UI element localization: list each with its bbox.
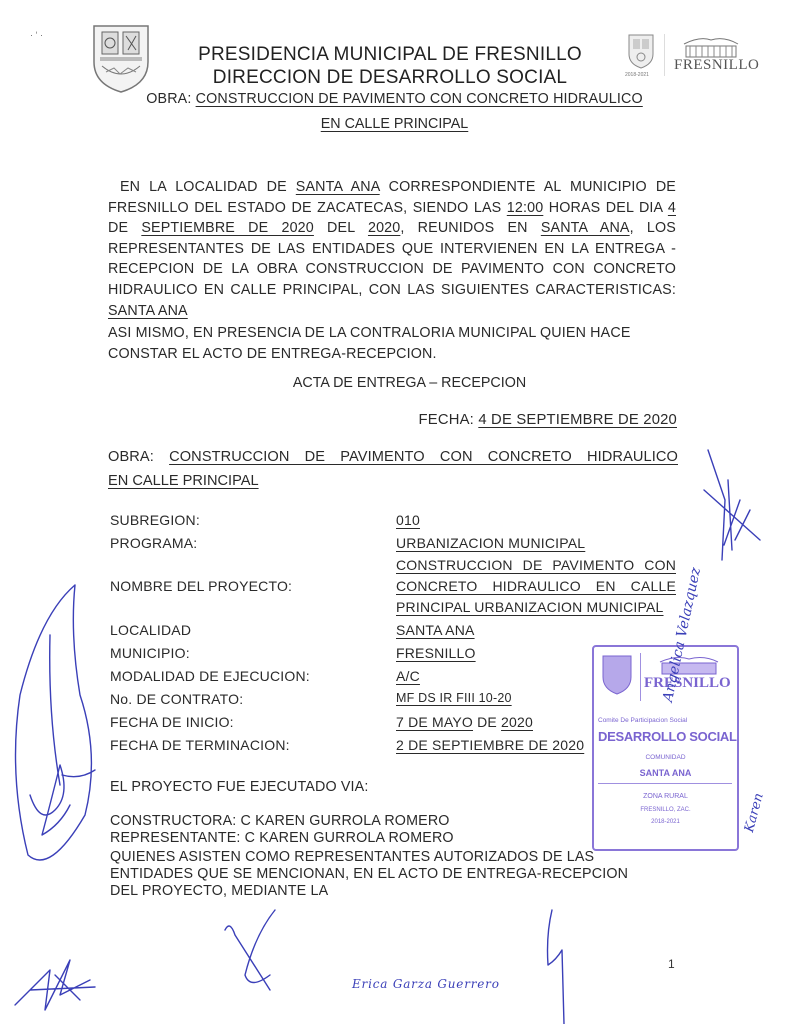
intro-paragraph: EN LA LOCALIDAD DE SANTA ANA CORRESPONDI… [108, 177, 676, 321]
field-nombre-value-line2: CONCRETO HIDRAULICO EN CALLE [396, 578, 676, 594]
acta-obra-value-line1: CONSTRUCCION DE PAVIMENTO CON CONCRETO H… [169, 449, 678, 465]
logo-divider [664, 34, 665, 76]
contraloria-paragraph: ASI MISMO, EN PRESENCIA DE LA CONTRALORI… [108, 323, 680, 364]
field-localidad-label: LOCALIDAD [110, 622, 191, 638]
signature-left-margin [0, 575, 110, 875]
stamp-divider-v [640, 653, 641, 701]
field-modalidad-value: A/C [396, 668, 420, 684]
stamp-divider-h [598, 783, 732, 784]
field-terminacion-value: 2 DE SEPTIEMBRE DE 2020 [396, 737, 584, 753]
stamp-line5: ZONA RURAL [594, 793, 737, 800]
ejecucion-representante: REPRESENTANTE: C KAREN GURROLA ROMERO [110, 830, 454, 846]
field-nombre-label: NOMBRE DEL PROYECTO: [110, 578, 292, 594]
field-subregion-label: SUBREGION: [110, 512, 200, 528]
signature-bottom-name: Erica Garza Guerrero [352, 977, 500, 991]
page-number: 1 [668, 957, 675, 971]
field-contrato-value: MF DS IR FIII 10-20 [396, 691, 512, 705]
fresnillo-logo-text: FRESNILLO [674, 57, 759, 74]
signature-right-margin [700, 440, 770, 620]
intro-localidad: SANTA ANA [296, 179, 380, 195]
ejecucion-via: EL PROYECTO FUE EJECUTADO VIA: [110, 777, 368, 798]
field-municipio-value: FRESNILLO [396, 645, 476, 661]
fresnillo-building-logo [680, 36, 742, 58]
header-title-line2: DIRECCION DE DESARROLLO SOCIAL [160, 67, 620, 89]
signature-bottom-2 [215, 905, 295, 995]
stamp-building-icon [654, 655, 724, 675]
acta-fecha: FECHA: 4 DE SEPTIEMBRE DE 2020 [419, 412, 677, 428]
field-contrato-label: No. DE CONTRATO: [110, 691, 243, 707]
municipal-crest-logo [90, 22, 152, 94]
acta-obra-value-line2: EN CALLE PRINCIPAL [108, 473, 259, 489]
intro-anio: 2020 [368, 220, 400, 236]
field-terminacion-label: FECHA DE TERMINACION: [110, 737, 290, 753]
scan-speck: · ‘ · [30, 30, 43, 40]
ejecucion-constructora: CONSTRUCTORA: C KAREN GURROLA ROMERO [110, 813, 450, 829]
header-obra-value-line1: CONSTRUCCION DE PAVIMENTO CON CONCRETO H… [196, 91, 643, 107]
field-localidad-value: SANTA ANA [396, 622, 475, 638]
intro-caracteristicas: SANTA ANA [108, 303, 188, 319]
stamp-line7: 2018-2021 [594, 819, 737, 825]
acta-fecha-label: FECHA: [419, 412, 479, 428]
field-nombre-value-line1: CONSTRUCCION DE PAVIMENTO CON [396, 557, 676, 573]
field-modalidad-label: MODALIDAD DE EJECUCION: [110, 668, 310, 684]
intro-hora: 12:00 [507, 200, 544, 216]
acta-obra: OBRA: CONSTRUCCION DE PAVIMENTO CON CONC… [108, 449, 678, 465]
intro-mes-anio: SEPTIEMBRE DE 2020 [141, 220, 314, 236]
acta-obra-label: OBRA: [108, 449, 169, 465]
field-municipio-label: MUNICIPIO: [110, 645, 190, 661]
field-inicio-label: FECHA DE INICIO: [110, 714, 234, 730]
header-title-line1: PRESIDENCIA MUNICIPAL DE FRESNILLO [160, 44, 620, 66]
field-programa-label: PROGRAMA: [110, 535, 197, 551]
stamp-line4: SANTA ANA [594, 768, 737, 778]
signature-bottom-1 [10, 955, 100, 1015]
field-programa-value: URBANIZACION MUNICIPAL [396, 535, 585, 551]
header-obra-label: OBRA: [146, 91, 195, 107]
side-note-karen: Karen [742, 792, 767, 834]
header-obra: OBRA: CONSTRUCCION DE PAVIMENTO CON CONC… [0, 91, 789, 107]
stamp-line1: Comite De Participacion Social [598, 717, 687, 724]
stamp-crest-icon [600, 653, 634, 697]
field-inicio-value: 7 DE MAYO DE 2020 [396, 714, 533, 730]
intro-lugar: SANTA ANA [541, 220, 630, 236]
stamp-brand: FRESNILLO [644, 675, 731, 692]
signature-bottom-3 [540, 905, 580, 1024]
field-subregion-value: 010 [396, 512, 420, 528]
stamp-line3: COMUNIDAD [594, 754, 737, 761]
ejecucion-asisten: QUIENES ASISTEN COMO REPRESENTANTES AUTO… [110, 849, 650, 900]
field-nombre-value-line3: PRINCIPAL URBANIZACION MUNICIPAL [396, 599, 664, 615]
header-obra-value-line2: EN CALLE PRINCIPAL [0, 116, 789, 132]
acta-heading: ACTA DE ENTREGA – RECEPCION [0, 375, 789, 391]
state-crest-years: 2018-2021 [625, 72, 649, 78]
acta-fecha-value: 4 DE SEPTIEMBRE DE 2020 [478, 412, 677, 428]
state-crest-logo [626, 32, 656, 74]
stamp-line2: DESARROLLO SOCIAL [598, 729, 737, 744]
intro-dia: 4 [668, 200, 676, 216]
stamp-line6: FRESNILLO, ZAC. [594, 807, 737, 813]
